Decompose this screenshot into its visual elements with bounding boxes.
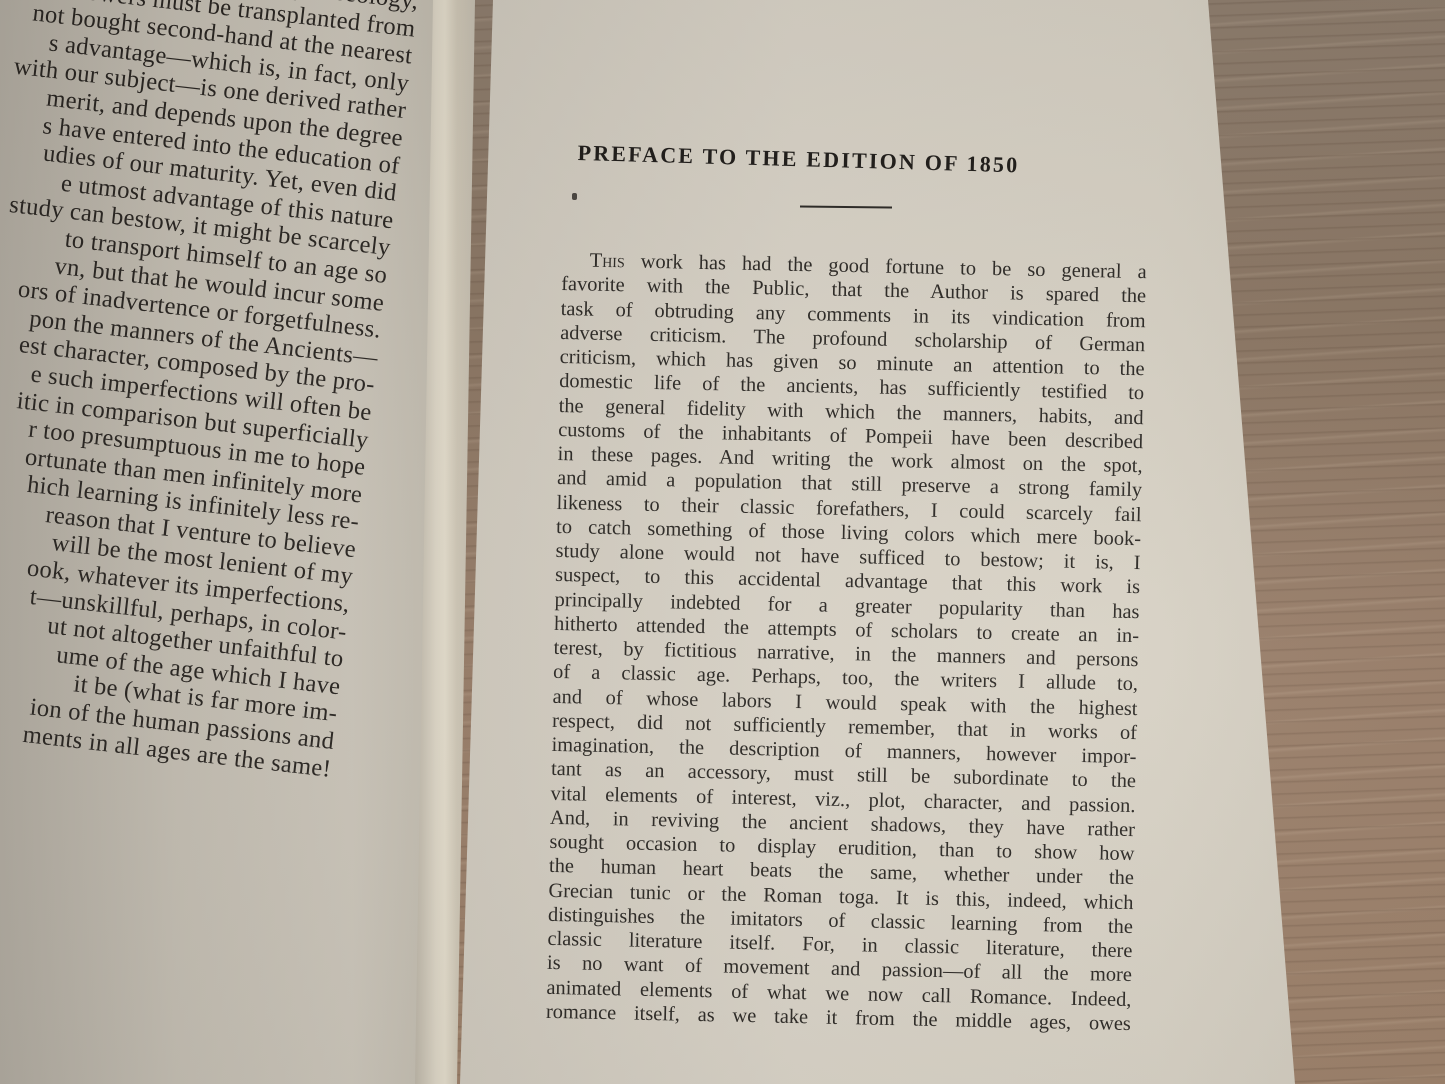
drop-word: This bbox=[590, 250, 625, 273]
paper-speck bbox=[572, 193, 577, 200]
left-page: phraseology, ...e flowers must be transp… bbox=[0, 0, 440, 1084]
left-page-text: phraseology, ...e flowers must be transp… bbox=[0, 0, 420, 783]
right-page-text: This work has had the good fortune to be… bbox=[546, 248, 1147, 1036]
